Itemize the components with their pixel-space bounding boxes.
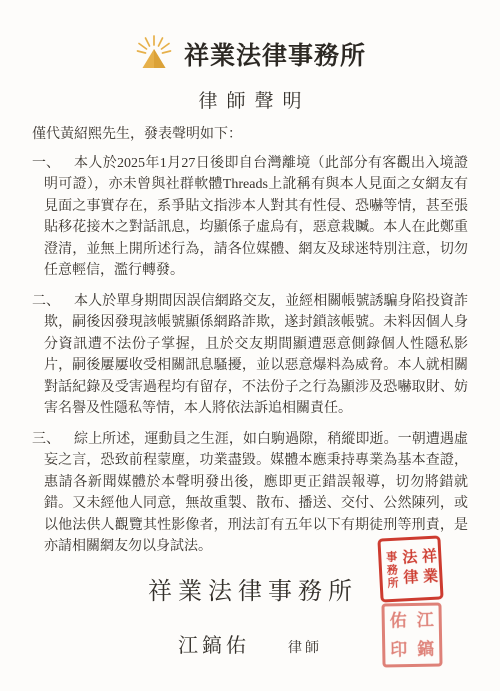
legal-statement-document: 祥業法律事務所 律師聲明 僅代黃紹熙先生，發表聲明如下： 一、 本人於2025年… [0, 0, 500, 691]
statement-paragraph-2: 二、 本人於單身期間因誤信網路交友，並經相關帳號誘騙身陷投資詐欺，嗣後因發現該帳… [32, 291, 468, 420]
firm-seal-column-2: 法律 [400, 549, 417, 590]
paragraph-number: 一、 [32, 153, 60, 175]
firm-seal-stamp: 祥業 法律 事務所 [377, 535, 443, 602]
paragraph-text: 本人於單身期間因誤信網路交友，並經相關帳號誘騙身陷投資詐欺，嗣後因發現該帳號顯係… [44, 291, 468, 420]
firm-seal-column-3: 事務所 [384, 550, 397, 590]
name-seal-char: 江 [412, 612, 439, 629]
lawyer-title: 律師 [288, 637, 322, 657]
sun-pyramid-logo-icon [134, 34, 174, 74]
letterhead: 祥業法律事務所 [0, 0, 500, 74]
document-title: 律師聲明 [0, 86, 500, 113]
statement-body: 僅代黃紹熙先生，發表聲明如下： 一、 本人於2025年1月27日後即自台灣離境（… [0, 124, 500, 558]
paragraph-number: 二、 [32, 291, 60, 313]
lawyer-name: 江鎬佑 [178, 629, 250, 658]
name-seal-char: 鎬 [412, 641, 439, 658]
paragraph-text: 本人於2025年1月27日後即自台灣離境（此部分有客觀出入境證明可證），亦未曾與… [44, 153, 468, 282]
firm-seal-column-1: 祥業 [420, 548, 437, 589]
statement-paragraph-1: 一、 本人於2025年1月27日後即自台灣離境（此部分有客觀出入境證明可證），亦… [32, 153, 468, 282]
statement-intro: 僅代黃紹熙先生，發表聲明如下： [32, 124, 468, 146]
lawyer-name-seal-stamp: 佑 江 印 鎬 [381, 602, 442, 667]
name-seal-char: 佑 [385, 612, 412, 629]
paragraph-number: 三、 [32, 429, 60, 451]
name-seal-char: 印 [385, 641, 412, 658]
firm-name-header: 祥業法律事務所 [184, 36, 366, 72]
